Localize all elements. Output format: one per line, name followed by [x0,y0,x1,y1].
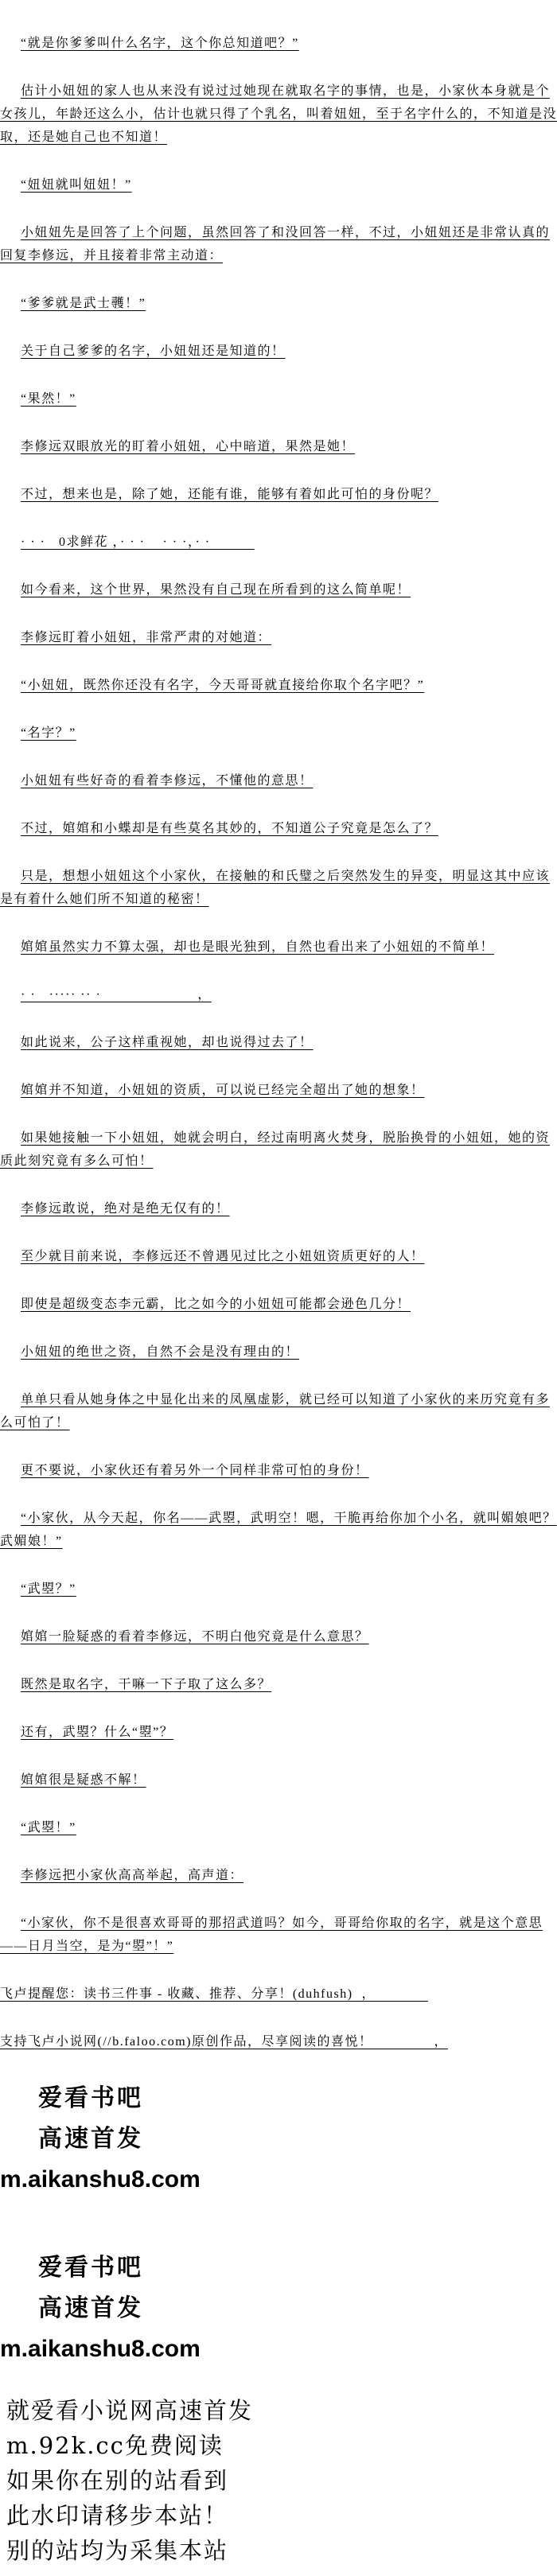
watermark-line: 如果你在别的站看到 [6,2463,557,2498]
novel-dots-line: · · · 0求鲜花 ，· · · · · ·，· · [0,531,557,554]
promo-block-2: 爱看书吧高速首发m.aikanshu8.com [0,2247,557,2369]
watermark-line: 别的站均为采集本站 [6,2533,557,2568]
watermark-block: 就爱看小说网高速首发m.92k.cc免费阅读如果你在别的站看到此水印请移步本站！… [0,2393,557,2576]
promo-domain-text: m.aikanshu8.com [0,2159,557,2200]
novel-paragraph: 婠婠一脸疑惑的看着李修远，不明白他究竟是什么意思？ [0,1625,557,1648]
novel-text: “就是你爹爹叫什么名字，这个你总知道吧？”估计小妞妞的家人也从来没有说过过她现在… [0,0,557,2053]
novel-paragraph: 婠婠并不知道，小妞妞的资质，可以说已经完全超出了她的想象！ [0,1079,557,1102]
novel-paragraph: 既然是取名字，干嘛一下子取了这么多？ [0,1673,557,1696]
novel-paragraph: 李修远盯着小妞妞，非常严肃的对她道： [0,626,557,649]
promo-line: 爱看书吧 [38,2078,557,2119]
novel-dots-line: · · ····· ·· · ， [0,983,557,1006]
novel-paragraph: 支持飞卢小说网(//b.faloo.com)原创作品，尽享阅读的喜悦！ ， [0,2030,557,2053]
promo-line: 爱看书吧 [38,2247,557,2288]
novel-paragraph: “武曌！” [0,1816,557,1839]
promo-line: 高速首发 [38,2288,557,2329]
novel-paragraph: 如此说来，公子这样重视她，却也说得过去了！ [0,1031,557,1054]
watermark-line: 就爱看小说网高速首发 [6,2393,557,2428]
novel-paragraph: 还有，武曌？什么“曌”？ [0,1721,557,1744]
novel-paragraph: 单单只看从她身体之中显化出来的凤凰虚影，就已经可以知道了小家伙的来历究竟有多么可… [0,1388,557,1434]
novel-paragraph: 李修远敢说，绝对是绝无仅有的！ [0,1197,557,1220]
novel-paragraph: 至少就目前来说，李修远还不曾遇见过比之小妞妞资质更好的人！ [0,1245,557,1268]
novel-paragraph: “果然！” [0,387,557,411]
promo-line: 高速首发 [38,2119,557,2159]
promo-block-1: 爱看书吧高速首发m.aikanshu8.com [0,2078,557,2200]
novel-paragraph: 如今看来，这个世界，果然没有自己现在所看到的这么简单呢！ [0,578,557,601]
watermark-line: m.92k.cc免费阅读 [6,2428,557,2463]
novel-paragraph: 即使是超级变态李元霸，比之如今的小妞妞可能都会逊色几分！ [0,1293,557,1316]
novel-paragraph: 不过，想来也是，除了她，还能有谁，能够有着如此可怕的身份呢？ [0,483,557,506]
novel-paragraph: “爹爹就是武士彠！” [0,292,557,315]
novel-paragraph: “小家伙，从今天起，你名——武曌，武明空！嗯，干脆再给你加个小名，就叫媚娘吧？武… [0,1507,557,1553]
novel-paragraph: 李修远把小家伙高高举起，高声道： [0,1864,557,1887]
novel-paragraph: 更不要说，小家伙还有着另外一个同样非常可怕的身份！ [0,1459,557,1482]
novel-paragraph: 小妞妞先是回答了上个问题，虽然回答了和没回答一样，不过，小妞妞还是非常认真的回复… [0,221,557,267]
novel-paragraph: “就是你爹爹叫什么名字，这个你总知道吧？” [0,32,557,55]
novel-paragraph: 小妞妞有些好奇的看着李修远，不懂他的意思！ [0,769,557,792]
novel-page: “就是你爹爹叫什么名字，这个你总知道吧？”估计小妞妞的家人也从来没有说过过她现在… [0,0,557,2576]
novel-paragraph: 估计小妞妞的家人也从来没有说过过她现在就取名字的事情，也是，小家伙本身就是个女孩… [0,80,557,149]
watermark-line: 此水印请移步本站！ [6,2498,557,2533]
novel-paragraph: “名字？” [0,722,557,745]
novel-paragraph: “小家伙，你不是很喜欢哥哥的那招武道吗？如今，哥哥给你取的名字，就是这个意思——… [0,1912,557,1958]
novel-paragraph: “妞妞就叫妞妞！” [0,173,557,197]
novel-paragraph: 婠婠很是疑惑不解！ [0,1769,557,1792]
novel-paragraph: “小妞妞，既然你还没有名字，今天哥哥就直接给你取个名字吧？” [0,674,557,697]
novel-paragraph: 关于自己爹爹的名字，小妞妞还是知道的！ [0,340,557,363]
novel-paragraph: 不过，婠婠和小蝶却是有些莫名其妙的，不知道公子究竟是怎么了？ [0,817,557,840]
novel-paragraph: 飞卢提醒您：读书三件事 - 收藏、推荐、分享！(duhfush) ， [0,1983,557,2006]
novel-paragraph: 只是，想想小妞妞这个小家伙，在接触的和氏璧之后突然发生的异变，明显这其中应该是有… [0,865,557,911]
novel-paragraph: 如果她接触一下小妞妞，她就会明白，经过南明离火焚身，脱胎换骨的小妞妞，她的资质此… [0,1127,557,1173]
novel-paragraph: 李修远双眼放光的盯着小妞妞，心中暗道，果然是她！ [0,435,557,458]
novel-paragraph: “武曌？” [0,1578,557,1601]
promo-domain-text: m.aikanshu8.com [0,2329,557,2369]
novel-paragraph: 小妞妞的绝世之资，自然不会是没有理由的！ [0,1341,557,1364]
novel-paragraph: 婠婠虽然实力不算太强，却也是眼光独到，自然也看出来了小妞妞的不简单！ [0,936,557,959]
